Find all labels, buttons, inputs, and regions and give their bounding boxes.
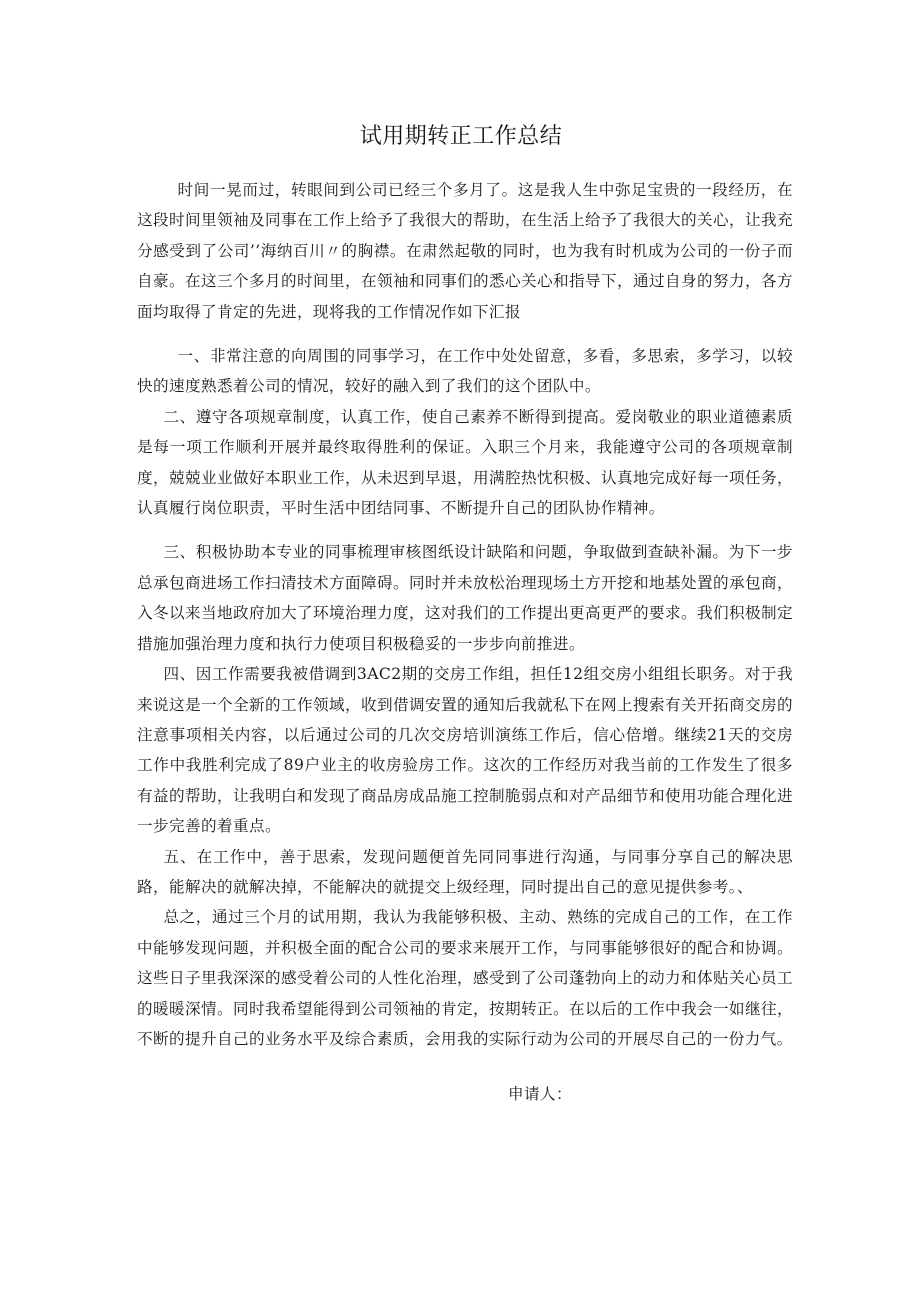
section-2-paragraph: 二、遵守各项规章制度，认真工作，使自己素养不断得到提高。爱岗敬业的职业道德素质是… [137, 402, 793, 524]
applicant-signature-label: 申请人： [508, 1079, 572, 1109]
section-5-paragraph: 五、在工作中，善于思索，发现问题便首先同同事进行沟通，与同事分享自己的解决思路，… [137, 842, 793, 903]
intro-paragraph: 时间一晃而过，转眼间到公司已经三个多月了。这是我人生中弥足宝贵的一段经历，在这段… [137, 175, 793, 327]
section-1-paragraph: 一、非常注意的向周围的同事学习，在工作中处处留意，多看，多思索，多学习，以较快的… [137, 341, 793, 402]
section-3-paragraph: 三、积极协助本专业的同事梳理审核图纸设计缺陷和问题，争取做到查缺补漏。为下一步总… [137, 537, 793, 659]
conclusion-paragraph: 总之，通过三个月的试用期，我认为我能够积极、主动、熟练的完成自己的工作，在工作中… [137, 902, 793, 1054]
section-4-paragraph: 四、因工作需要我被借调到3AC2期的交房工作组，担任12组交房小组组长职务。对于… [137, 659, 793, 841]
document-title: 试用期转正工作总结 [0, 122, 920, 152]
document-body: 时间一晃而过，转眼间到公司已经三个多月了。这是我人生中弥足宝贵的一段经历，在这段… [137, 175, 793, 1054]
document-page: 试用期转正工作总结 时间一晃而过，转眼间到公司已经三个多月了。这是我人生中弥足宝… [0, 0, 920, 1301]
